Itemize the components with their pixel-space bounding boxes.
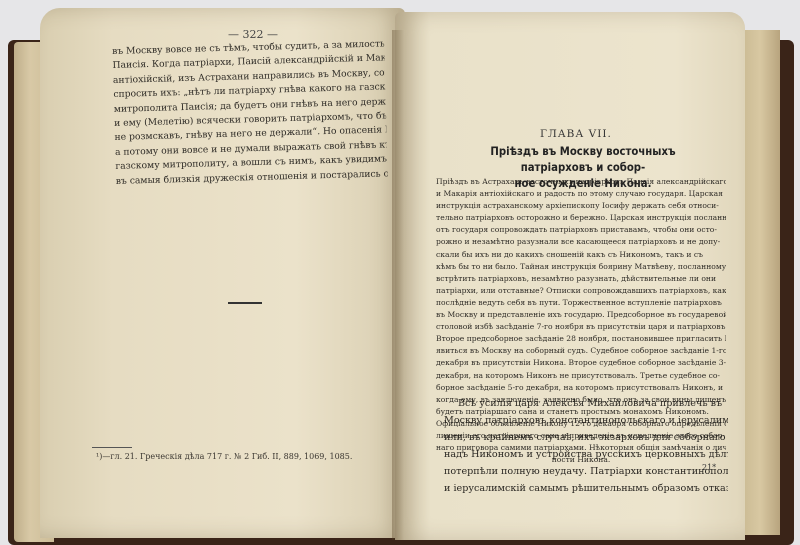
summary-line: патріархи, или отставные? Отписки сопров…	[436, 285, 726, 297]
summary-line: и Макарія антіохійскаго и радость по это…	[436, 188, 726, 200]
summary-line: отъ государя сопровождать патріарховъ пр…	[436, 224, 726, 236]
summary-line: скали бы ихъ ни до какихъ сношеній какъ …	[436, 249, 726, 261]
title-line: Пріѣздъ въ Москву восточныхъ патріарховъ…	[455, 143, 710, 175]
text-line: Всѣ усилія царя Алексѣя Михайловича прив…	[444, 395, 728, 412]
left-page-text: въ Москву вовсе не съ тѣмъ, чтобы судить…	[112, 37, 388, 189]
summary-line: послѣдніе ведуть себя въ пути. Торжестве…	[436, 297, 726, 309]
summary-line: тельно патріарховъ осторожно и бережно. …	[436, 212, 726, 224]
right-page-body: Всѣ усилія царя Алексѣя Михайловича прив…	[444, 395, 728, 497]
summary-line: Второе предсоборное засѣданіе 28 ноября,…	[436, 333, 726, 345]
text-line: Москву патріарховъ константинопольскаго …	[444, 412, 728, 429]
text-line: или, въ крайнемъ случаѣ, ихъ экзарховъ д…	[444, 429, 728, 446]
page-edges-right	[740, 30, 780, 535]
summary-line: столовой избѣ засѣданіе 7-го ноября въ п…	[436, 321, 726, 333]
text-line: надъ Никономъ и устройства русскихъ церк…	[444, 446, 728, 463]
summary-line: Пріѣздъ въ Астрахань восточныхъ патріарх…	[436, 176, 726, 188]
summary-line: инструкція астраханскому архіепископу Іо…	[436, 200, 726, 212]
summary-line: рожно и незамѣтно разузнали все касающее…	[436, 236, 726, 248]
chapter-heading: ГЛАВА VII.	[540, 128, 612, 140]
summary-line: въ Москву и представленіе ихъ государю. …	[436, 309, 726, 321]
summary-line: борное засѣданіе 5-го декабря, на которо…	[436, 382, 726, 394]
summary-line: декабря, на которомъ Никонъ не присутств…	[436, 370, 726, 382]
text-line: и іерусалимскій самымъ рѣшительнымъ обра…	[444, 480, 728, 497]
section-separator	[228, 302, 262, 304]
book-gutter	[392, 30, 404, 540]
text-line: потерпѣли полную неудачу. Патріархи конс…	[444, 463, 728, 480]
footnote-rule	[92, 447, 132, 448]
footnote: ¹)—гл. 21. Греческія дѣла 717 г. № 2 Гиб…	[96, 452, 352, 461]
summary-line: явиться въ Москву на соборный судъ. Суде…	[436, 345, 726, 357]
page-number: — 322 —	[228, 28, 278, 41]
signature-mark: 21*	[702, 463, 716, 472]
summary-line: встрѣтить патріарховъ, незамѣтно разузна…	[436, 273, 726, 285]
summary-line: декабря въ присутствіи Никона. Второе су…	[436, 357, 726, 369]
summary-line: кѣмъ бы то ни было. Тайная инструкція бо…	[436, 261, 726, 273]
